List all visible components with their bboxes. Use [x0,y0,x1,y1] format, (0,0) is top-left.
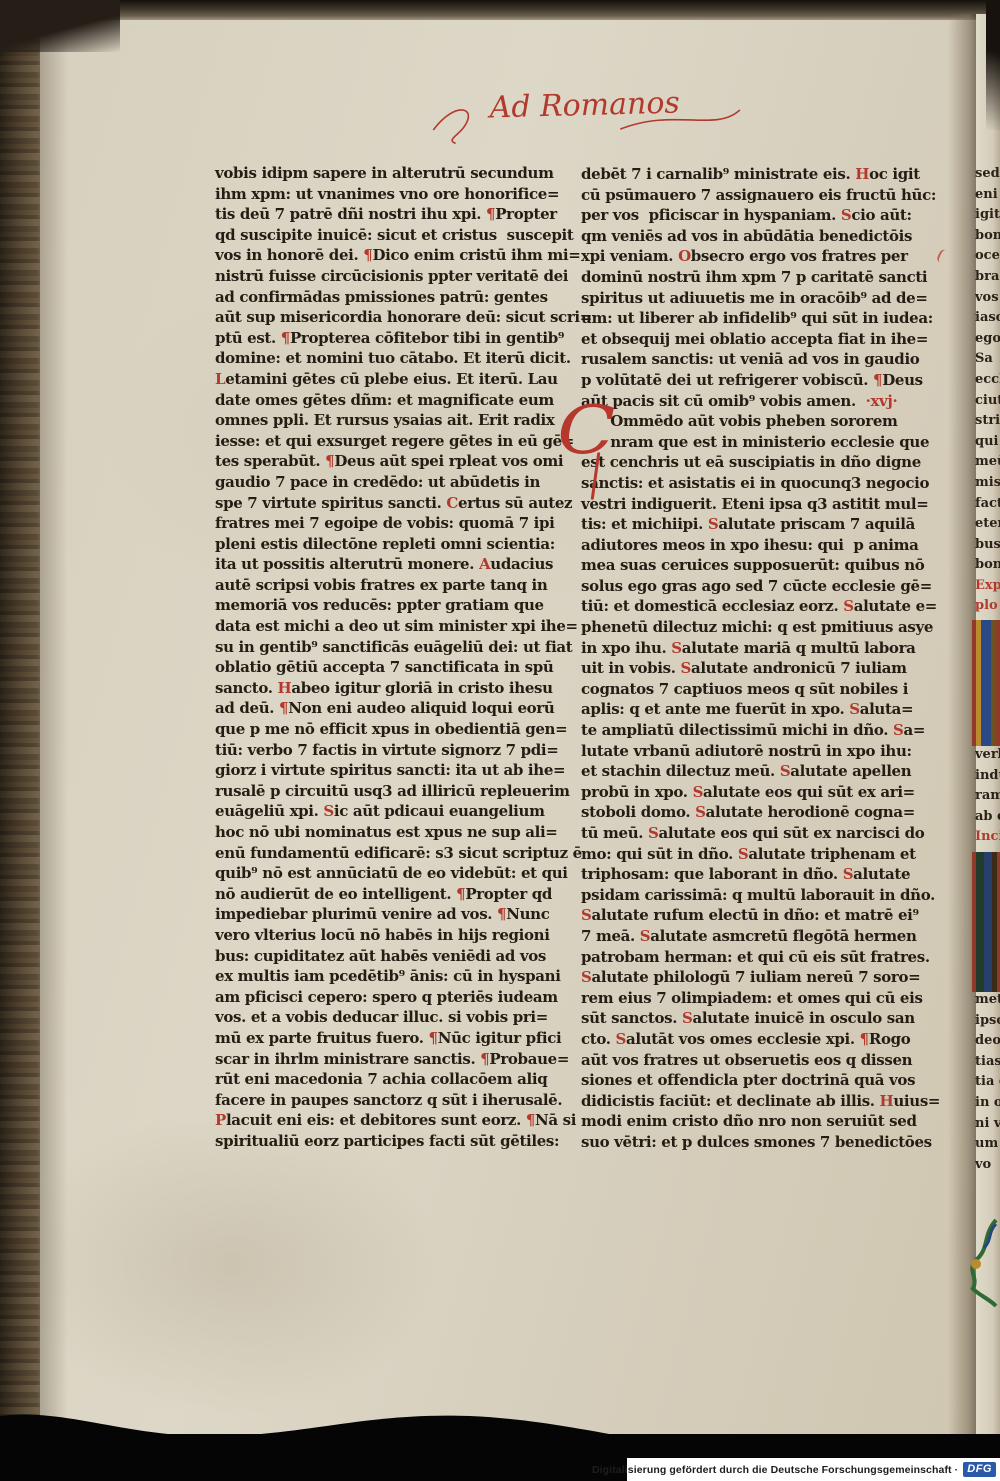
text-line: iesse: et qui exsurget regere gētes in e… [215,431,545,452]
text-fragment: ab e [975,807,1000,828]
text-fragment: bon [975,226,1000,247]
text-line: patrobam herman: et qui cū eis sūt fratr… [581,947,911,968]
text-line: ptū est. ¶Propterea cōfitebor tibi in ge… [215,328,545,349]
text-line: phenetū dilectuz michi: q est pmitiuus a… [581,617,911,638]
text-fragment: plo [975,596,1000,617]
text-fragment: meū [975,452,1000,473]
digitization-banner: Digitalisierung gefördert durch die Deut… [627,1458,1000,1481]
text-fragment: ciut [975,391,1000,412]
text-line: stoboli domo. Salutate herodionē cogna= [581,802,911,823]
text-line: fratres mei 7 egoipe de vobis: quomā 7 i… [215,513,545,534]
text-line: 7 meā. Salutate asmcretū flegōtā hermen [581,926,911,947]
page-edge-shadow [38,14,68,1424]
text-line: aūt vos fratres ut obseruetis eos q diss… [581,1050,911,1071]
text-line: vero vlterius locū nō habēs in hijs regi… [215,925,545,946]
book-page-stack-edge [0,12,40,1430]
text-line: et obsequij mei oblatio accepta fiat in … [581,329,911,350]
text-line: bus: cupiditatez aūt habēs veniēdi ad vo… [215,946,545,967]
text-line: vestri indiguerit. Eteni ipsa q3 astitit… [581,494,911,515]
text-fragment: um [975,1134,1000,1155]
text-line: nram que est in ministerio ecclesie que [581,432,911,453]
text-line: lutate vrbanū adiutorē nostrū in xpo ihu… [581,741,911,762]
text-line: suo vētri: et p dulces smones 7 benedict… [581,1132,911,1153]
text-line: spiritus ut adiuuetis me in oracōib⁹ ad … [581,288,911,309]
text-line: impediebar plurimū venire ad vos. ¶Nunc [215,904,545,925]
text-line: te ampliatū dilectissimū michi in dño. S… [581,720,911,741]
text-line: triphosam: que laborant in dño. Salutate [581,864,911,885]
text-line: et stachin dilectuz meū. Salutate apelle… [581,761,911,782]
text-line: mo: qui sūt in dño. Salutate triphenam e… [581,844,911,865]
text-line: spe 7 virtute spiritus sancti. Certus sū… [215,493,545,514]
text-fragment: Sa [975,349,1000,370]
text-line: ex multis iam pcedētib⁹ ānis: cū in hysp… [215,966,545,987]
illuminated-initial-fragment-1 [972,620,1000,746]
text-line: vos in honorē dei. ¶Dico enim cristū ihm… [215,245,545,266]
text-line: hoc nō ubi nominatus est xpus ne sup ali… [215,822,545,843]
text-line: Placuit eni eis: et debitores sunt eorz.… [215,1110,545,1131]
text-line: adiutores meos in xpo ihesu: qui p anima [581,535,911,556]
text-line: rūt eni macedonia 7 achia collacōem aliq [215,1069,545,1090]
text-fragment: vo [975,1155,1000,1176]
text-fragment: Exp [975,576,1000,597]
text-line: uit in vobis. Salutate andronicū 7 iulia… [581,658,911,679]
text-fragment: tias [975,1052,1000,1073]
text-line: date omes gētes dñm: et magnificate eum [215,390,545,411]
text-fragment: deo [975,1031,1000,1052]
text-line: facere in paupes sanctorz q sūt i iherus… [215,1090,545,1111]
running-title: Ad Romanos [454,85,715,148]
text-line: tis deū 7 patrē dñi nostri ihu xpi. ¶Pro… [215,204,545,225]
text-line: nō audierūt de eo intelligent. ¶Propter … [215,884,545,905]
text-line: siones et offendicla pter doctrinā quā v… [581,1070,911,1091]
marginal-vine-ornament [962,1218,1000,1308]
text-line: dominū nostrū ihm xpm 7 p caritatē sanct… [581,267,911,288]
text-line: solus ego gras ago sed 7 cūcte ecclesie … [581,576,911,597]
text-line: ihm xpm: ut vnanimes vno ore honorifice= [215,184,545,205]
text-line: Salutate philologū 7 iuliam nereū 7 soro… [581,967,911,988]
text-line: sanctis: et asistatis ei in quocunq3 neg… [581,473,911,494]
text-line: qm veniēs ad vos in abūdātia benedictōis [581,226,911,247]
text-fragment: ipso [975,1011,1000,1032]
text-line: vobis idipm sapere in alterutrū secundum [215,163,545,184]
text-line: domine: et nomini tuo cātabo. Et iterū d… [215,348,545,369]
text-fragment: sed [975,164,1000,185]
text-line: data est michi a deo ut sim minister xpi… [215,616,545,637]
text-fragment: tia d [975,1072,1000,1093]
text-line: spiritualiū eorz participes facti sūt gē… [215,1131,545,1152]
text-line: Letamini gētes cū plebe eius. Et iterū. … [215,369,545,390]
text-fragment: fact [975,494,1000,515]
text-line: tiū: et domesticā ecclesiaz eorz. Saluta… [581,596,911,617]
text-fragment: met [975,990,1000,1011]
banner-credit-text: Digitalisierung gefördert durch die Deut… [592,1464,958,1476]
text-line: euāgeliū xpi. Sic aūt pdicaui euangelium [215,801,545,822]
text-fragment: stri [975,411,1000,432]
text-line: tū meū. Salutate eos qui sūt ex narcisci… [581,823,911,844]
text-line: tes sperabūt. ¶Deus aūt spei rpleat vos … [215,451,545,472]
text-line: cū psūmauero 7 assignauero eis fructū hū… [581,185,911,206]
text-fragment: ram [975,786,1000,807]
text-line: quib⁹ nō est annūciatū de eo videbūt: et… [215,863,545,884]
text-line: oblatio gētiū accepta 7 sanctificata in … [215,657,545,678]
text-line: sancto. Habeo igitur gloriā in cristo ih… [215,678,545,699]
text-fragment: bra [975,267,1000,288]
text-line: giorz i virtute spiritus sancti: ita ut … [215,760,545,781]
text-fragment: verb [975,745,1000,766]
text-fragment: ni v [975,1114,1000,1135]
text-line: xpi veniam. Obsecro ergo vos fratres per [581,246,911,267]
text-line: qd suscipite inuicē: sicut et cristus su… [215,225,545,246]
text-line: aūt pacis sit cū omib⁹ vobis amen. ·xvj· [581,391,911,412]
text-line: rusalē p circuitū usq3 ad illiricū reple… [215,781,545,802]
right-top-edge [986,0,1000,130]
text-fragment: eni [975,185,1000,206]
text-fragment: igit [975,205,1000,226]
text-line: scar in ihrlm ministrare sanctis. ¶Proba… [215,1049,545,1070]
text-line: didicistis faciūt: et declinate ab illis… [581,1091,911,1112]
text-fragment: qui [975,432,1000,453]
text-line: est cenchris ut eā suscipiatis in dño di… [581,452,911,473]
text-fragment: indu [975,766,1000,787]
text-fragment: bon [975,555,1000,576]
illuminated-initial-fragment-2 [972,852,1000,992]
drop-cap-initial: C [557,398,615,464]
text-line: rem eius 7 olimpiadem: et omes qui cū ei… [581,988,911,1009]
text-line: modi enim cristo dño nro non seruiūt sed [581,1111,911,1132]
text-line: aplis: q et ante me fuerūt in xpo. Salut… [581,699,911,720]
text-line: omnes ppli. Et rursus ysaias ait. Erit r… [215,410,545,431]
book-corner-edge [0,0,120,52]
text-fragment: oce [975,246,1000,267]
text-fragment: iaso [975,308,1000,329]
text-line: memoriā vos reducēs: ppter gratiam que [215,595,545,616]
text-fragment: ego [975,329,1000,350]
text-line: que p me nō efficit xpus in obedientiā g… [215,719,545,740]
text-line: tis: et michiipi. Salutate priscam 7 aqu… [581,514,911,535]
text-line: rusalem sanctis: ut veniā ad vos in gaud… [581,349,911,370]
text-line: probū in xpo. Salutate eos qui sūt ex ar… [581,782,911,803]
book-top-edge [0,0,1000,20]
text-fragment: mist [975,473,1000,494]
text-fragment: eter [975,514,1000,535]
text-fragment: in o [975,1093,1000,1114]
text-line: pleni estis dilectōne repleti omni scien… [215,534,545,555]
text-line: ita ut possitis alterutrū monere. Audaci… [215,554,545,575]
text-line: cto. Salutāt vos omes ecclesie xpi. ¶Rog… [581,1029,911,1050]
text-line: in xpo ihu. Salutate mariā q multū labor… [581,638,911,659]
text-fragment: vos [975,288,1000,309]
text-line: mū ex parte fruitus fuero. ¶Nūc igitur p… [215,1028,545,1049]
text-line: Ommēdo aūt vobis pheben sororem [581,411,911,432]
text-fragment: Inci [975,827,1000,848]
text-line: cognatos 7 captiuos meos q sūt nobiles i [581,679,911,700]
text-column-right: debēt 7 i carnalib⁹ ministrate eis. Hoc … [581,164,911,1153]
text-line: aūt sup misericordia honorare deū: sicut… [215,307,545,328]
text-line: am pficisci cepero: spero q pteriēs iude… [215,987,545,1008]
text-line: p volūtatē dei ut refrigerer vobiscū. ¶D… [581,370,911,391]
text-line: ad confirmādas pmissiones patrū: gentes [215,287,545,308]
text-line: um: ut liberer ab infidelib⁹ qui sūt in … [581,308,911,329]
text-fragment: eccl [975,370,1000,391]
text-column-left: vobis idipm sapere in alterutrū secundum… [215,163,545,1152]
text-line: autē scripsi vobis fratres ex parte tanq… [215,575,545,596]
text-line: mea suas ceruices supposuerūt: quibus nō [581,555,911,576]
text-line: Salutate rufum electū in dño: et matrē e… [581,905,911,926]
text-line: per vos pficiscar in hyspaniam. Scio aūt… [581,205,911,226]
text-line: gaudio 7 pace in credēdo: ut abūdetis in [215,472,545,493]
text-line: psidam carissimā: q multū laborauit in d… [581,885,911,906]
text-line: tiū: verbo 7 factis in virtute signorz 7… [215,740,545,761]
scanned-manuscript-page: Ad Romanos vobis idipm sapere in alterut… [0,0,1000,1481]
running-title-text: Ad Romanos [489,86,680,126]
text-line: enū fundamentū edificarē: s3 sicut scrip… [215,843,545,864]
text-line: vos. et a vobis deducar illuc. si vobis … [215,1007,545,1028]
text-fragment: bus [975,535,1000,556]
text-line: ad deū. ¶Non eni audeo aliquid loqui eor… [215,698,545,719]
text-line: nistrū fuisse circūcisionis ppter verita… [215,266,545,287]
dfg-logo: DFG [963,1462,996,1477]
text-line: su in gentib⁹ sanctificās euāgeliū dei: … [215,637,545,658]
text-line: sūt sanctos. Salutate inuicē in osculo s… [581,1008,911,1029]
text-line: debēt 7 i carnalib⁹ ministrate eis. Hoc … [581,164,911,185]
